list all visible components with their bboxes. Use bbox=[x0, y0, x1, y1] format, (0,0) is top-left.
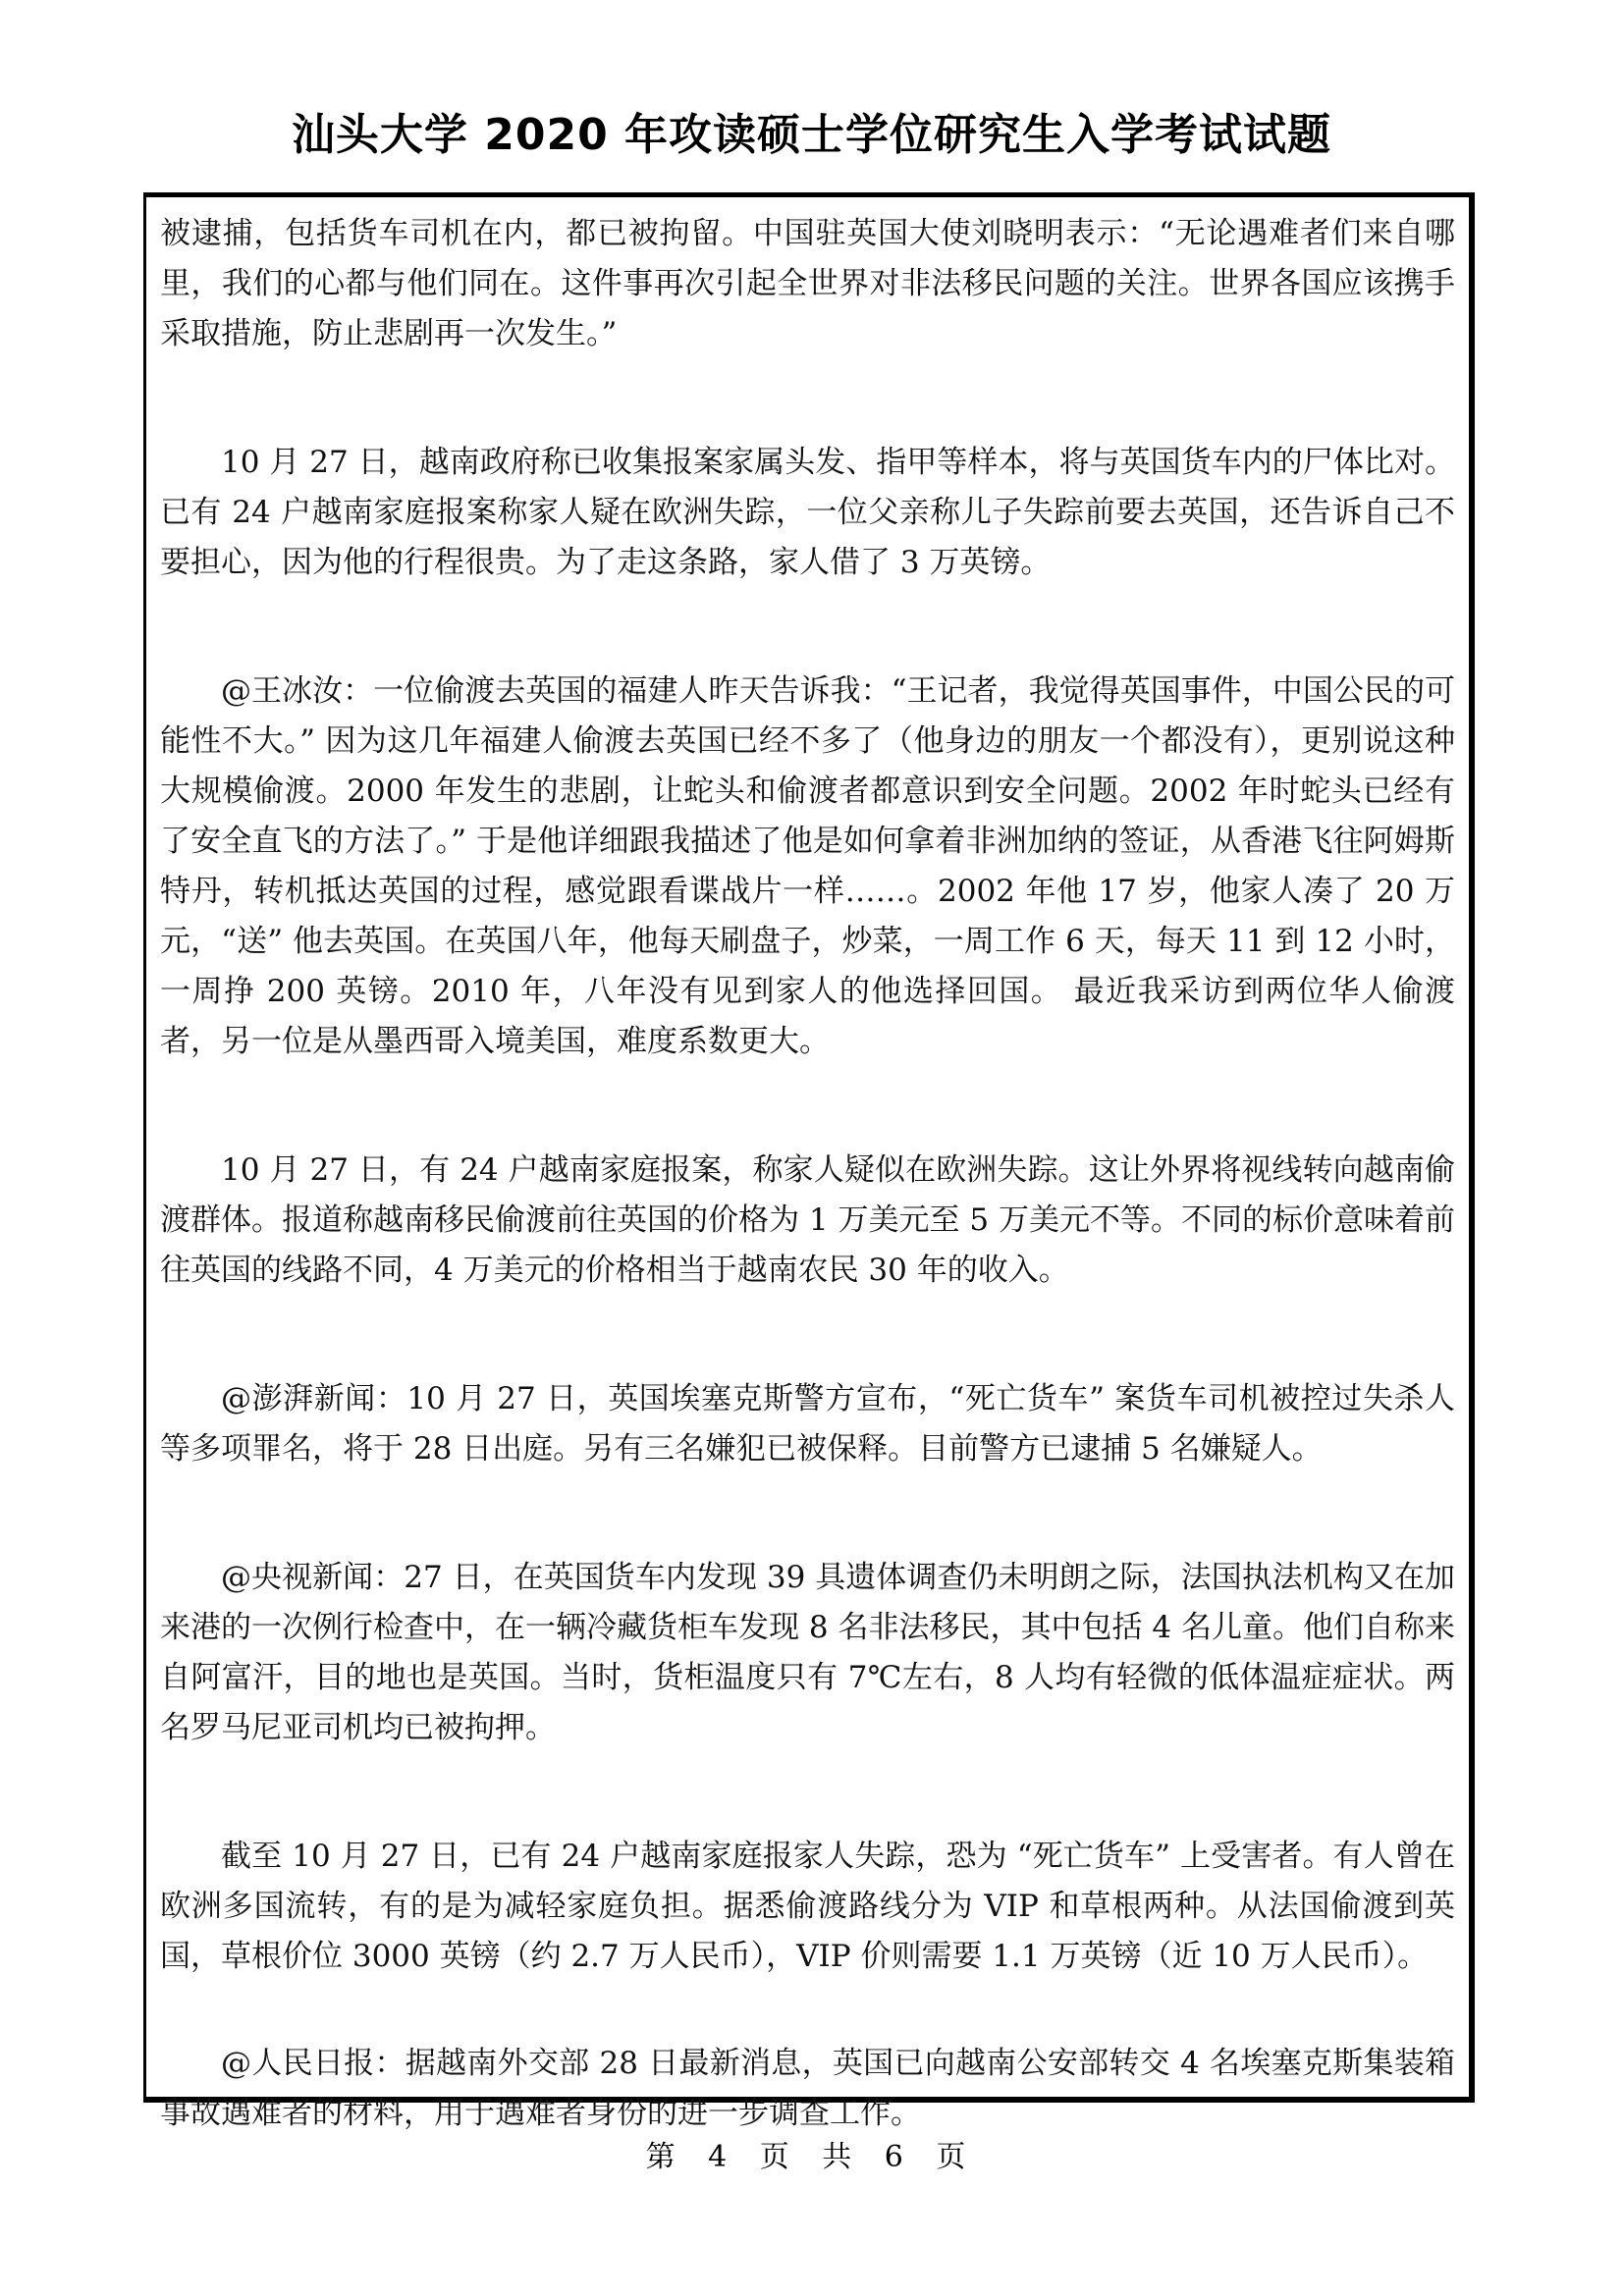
paragraph-thepaper-news: @澎湃新闻：10 月 27 日，英国埃塞克斯警方宣布，“死亡货车” 案货车司机被… bbox=[160, 1374, 1455, 1474]
paragraph-spacer bbox=[160, 588, 1455, 667]
page-indicator: 第 4 页 共 6 页 bbox=[0, 2132, 1623, 2175]
paragraph-peoples-daily: @人民日报：据越南外交部 28 日最新消息，英国已向越南公安部转交 4 名埃塞克… bbox=[160, 2039, 1455, 2139]
paragraph-wang-bingru: @王冰汝：一位偷渡去英国的福建人昨天告诉我：“王记者，我觉得英国事件，中国公民的… bbox=[160, 667, 1455, 1067]
paragraph-spacer bbox=[160, 359, 1455, 438]
paragraph-spacer bbox=[160, 1753, 1455, 1832]
exam-content-box: 被逮捕，包括货车司机在内，都已被拘留。中国驻英国大使刘晓明表示：“无论遇难者们来… bbox=[143, 192, 1475, 2103]
paragraph-spacer bbox=[160, 1067, 1455, 1146]
paragraph-ambassador-statement: 被逮捕，包括货车司机在内，都已被拘留。中国驻英国大使刘晓明表示：“无论遇难者们来… bbox=[160, 209, 1455, 359]
paragraph-vietnam-government: 10 月 27 日，越南政府称已收集报案家属头发、指甲等样本，将与英国货车内的尸… bbox=[160, 438, 1455, 588]
paragraph-vietnam-families: 10 月 27 日，有 24 户越南家庭报案，称家人疑似在欧洲失踪。这让外界将视… bbox=[160, 1146, 1455, 1296]
paragraph-cctv-news: @央视新闻：27 日，在英国货车内发现 39 具遗体调查仍未明朗之际，法国执法机… bbox=[160, 1553, 1455, 1753]
paragraph-spacer bbox=[160, 1474, 1455, 1553]
page-title: 汕头大学 2020 年攻读硕士学位研究生入学考试试题 bbox=[0, 106, 1623, 165]
paragraph-spacer bbox=[160, 1296, 1455, 1374]
paragraph-smuggling-routes: 截至 10 月 27 日，已有 24 户越南家庭报家人失踪，恐为 “死亡货车” … bbox=[160, 1832, 1455, 1982]
paragraph-spacer bbox=[160, 1982, 1455, 2039]
